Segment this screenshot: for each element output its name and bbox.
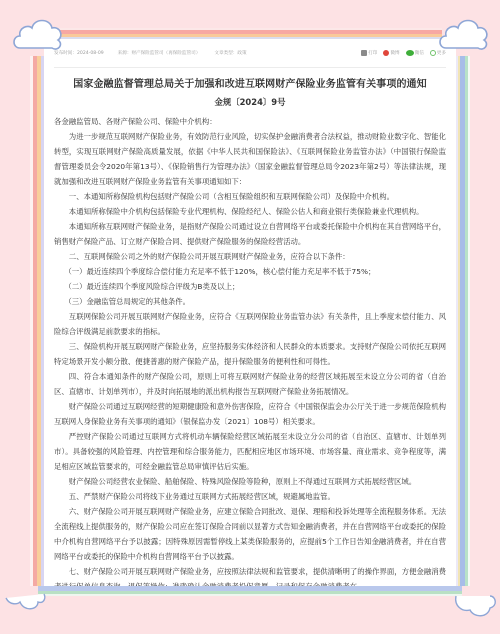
paragraph: 四、符合本通知条件的财产保险公司，原则上可将互联网财产保险业务的经营区域拓展至未… — [54, 369, 446, 399]
paragraph: 严控财产保险公司通过互联网方式将机动车辆保险经营区域拓展至未设立分公司的省（自治… — [54, 429, 446, 474]
print-icon — [361, 50, 367, 56]
paragraph: 二、互联网保险公司之外的财产保险公司开展互联网财产保险业务，应符合以下条件： — [54, 249, 446, 264]
document-title: 国家金融监督管理总局关于加强和改进互联网财产保险业务监管有关事项的通知 — [44, 75, 456, 90]
document-body: 各金融监管局、各财产保险公司、保险中介机构： 为进一步规范互联网财产保险业务，有… — [44, 114, 456, 586]
paragraph: （三）金融监管总局规定的其他条件。 — [54, 294, 446, 309]
paragraph: （二）最近连续四个季度风险综合评级为B类及以上； — [54, 279, 446, 294]
share-wechat[interactable]: 微信 — [406, 50, 424, 56]
wechat-icon — [406, 50, 414, 56]
paragraph: 财产保险公司通过互联网经营的短期健康险和意外伤害保险，应符合《中国银保监会办公厅… — [54, 399, 446, 429]
share-weibo[interactable]: 微博 — [383, 50, 399, 56]
paragraph: 为进一步规范互联网财产保险业务，有效防范行业风险，切实保护金融消费者合法权益，推… — [54, 129, 446, 189]
paragraph: （一）最近连续四个季度综合偿付能力充足率不低于120%，核心偿付能力充足率不低于… — [54, 264, 446, 279]
paragraph: 三、保险机构开展互联网财产保险业务，应坚持服务实体经济和人民群众的本质要求。支持… — [54, 339, 446, 369]
paragraph: 五、严禁财产保险公司将线下业务通过互联网方式拓展经营区域，规避属地监管。 — [54, 489, 446, 504]
article-meta-bar: 发布时间：2024-08-09 来源：财产保险监管司（再保险监管司） 文章类型：… — [54, 39, 446, 68]
paragraph: 互联网保险公司开展互联网财产保险业务，应符合《互联网保险业务监管办法》有关条件，… — [54, 309, 446, 339]
cloud-icon-top-right — [436, 14, 492, 54]
share-print[interactable]: 打印 — [361, 50, 377, 56]
weibo-icon — [383, 50, 389, 56]
cloud-icon-bottom-right — [452, 592, 498, 622]
rainbow-border-top — [58, 28, 442, 39]
article-type: 文章类型：政策 — [214, 50, 246, 56]
document-card: 发布时间：2024-08-09 来源：财产保险监管司（再保险监管司） 文章类型：… — [44, 39, 456, 586]
rainbow-border-left — [30, 56, 44, 586]
paragraph: 六、财产保险公司开展互联网财产保险业务，应建立保险合同批改、退保、理赔和投诉处理… — [54, 504, 446, 564]
paragraph: 财产保险公司经营农业保险、船舶保险、特殊风险保险等险种，原则上不得通过互联网方式… — [54, 474, 446, 489]
decorative-frame: 发布时间：2024-08-09 来源：财产保险监管司（再保险监管司） 文章类型：… — [30, 28, 470, 602]
paragraph: 本通知所称互联网财产保险业务，是指财产保险公司通过设立自营网络平台或委托保险中介… — [54, 219, 446, 249]
addressee: 各金融监管局、各财产保险公司、保险中介机构： — [54, 114, 446, 129]
article-source: 来源：财产保险监管司（再保险监管司） — [118, 50, 201, 56]
more-icon — [430, 50, 436, 56]
cloud-icon-bottom-left — [4, 592, 48, 618]
cloud-icon-top-left — [10, 14, 66, 54]
document-number: 金规〔2024〕9号 — [44, 96, 456, 108]
rainbow-border-bottom — [38, 586, 462, 596]
paragraph: 一、本通知所称保险机构包括财产保险公司（含相互保险组织和互联网保险公司）及保险中… — [54, 189, 446, 204]
rainbow-border-right — [456, 56, 470, 586]
paragraph: 七、财产保险公司开展互联网财产保险业务，应按照法律法规和监管要求，提供清晰明了的… — [54, 564, 446, 586]
paragraph: 本通知所称保险中介机构包括保险专业代理机构、保险经纪人、保险公估人和商业银行类保… — [54, 204, 446, 219]
